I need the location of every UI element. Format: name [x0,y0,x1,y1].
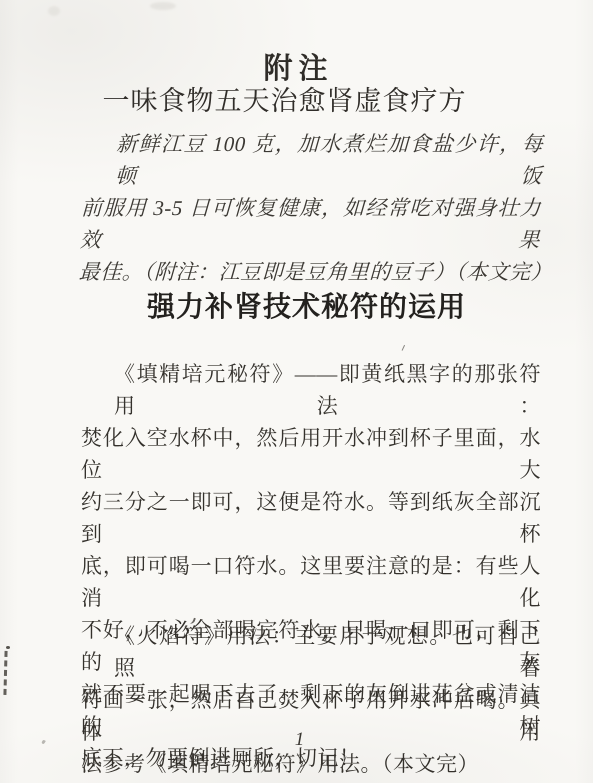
text-line: 新鲜江豆 100 克，加水煮烂加食盐少许，每顿饭 [82,128,544,192]
scan-edge-artifact [3,651,10,695]
text-line: 约三分之一即可，这便是符水。等到纸灰全部沉到杯 [81,486,541,550]
scanned-document-page: 附注 一味食物五天治愈肾虚食疗方 新鲜江豆 100 克，加水煮烂加食盐少许，每顿… [0,0,593,783]
page-subtitle: 一味食物五天治愈肾虚食疗方 [0,79,581,118]
text-line: 法参考《填精培元秘符》用法。（本文完） [81,748,541,780]
section-heading: 强力补肾技术秘符的运用 [10,285,593,325]
page-number: 1 [3,729,593,751]
paragraph-flame-talisman: 《火焰符》用法：主要用于观想。也可自己照着 符画一张，然后自己焚入杯子用开水冲后… [81,620,541,780]
text-line: 焚化入空水杯中，然后用开水冲到杯子里面，水位大 [81,422,541,486]
text-line: 前服用 3-5 日可恢复健康，如经常吃对强身壮力效果 [79,192,541,256]
paragraph-food-remedy: 新鲜江豆 100 克，加水煮烂加食盐少许，每顿饭 前服用 3-5 日可恢复健康，… [78,128,544,288]
scan-smudge [48,6,60,16]
text-line: 最佳。（附注：江豆即是豆角里的豆子）（本文完） [78,256,539,288]
scan-smudge [150,2,176,10]
text-line: 《火焰符》用法：主要用于观想。也可自己照着 [81,620,541,684]
text-line: 《填精培元秘符》——即黄纸黑字的那张符用法： [81,358,541,422]
scan-edge-artifact [6,646,10,649]
text-line: 底，即可喝一口符水。这里要注意的是：有些人消化 [81,550,541,614]
scan-speck [398,343,405,351]
